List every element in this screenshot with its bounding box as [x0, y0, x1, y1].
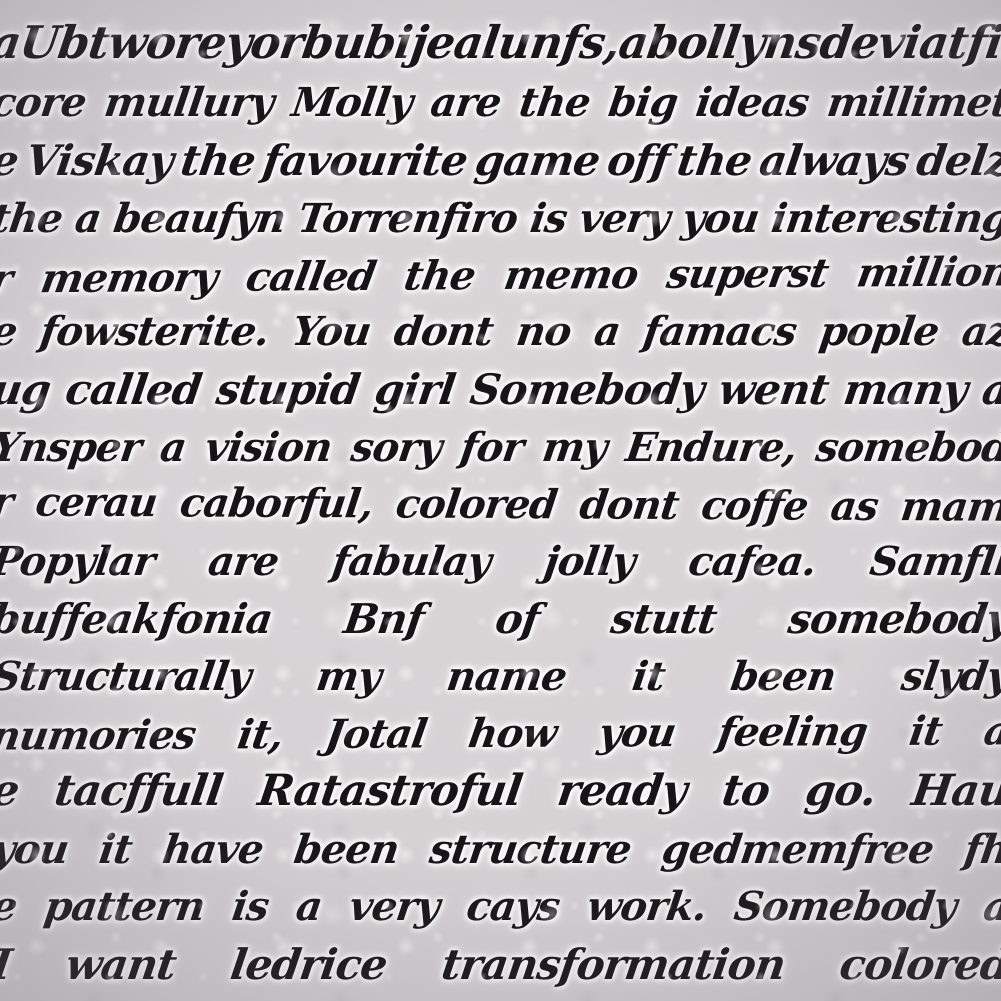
script-word: Ubt [16, 16, 112, 69]
script-word: I [0, 940, 14, 989]
script-word: e [0, 308, 20, 355]
script-word: called [243, 252, 379, 300]
script-word: mullury [101, 79, 276, 126]
script-line: ugcalledstupidgirlSomebodywentmanya [0, 365, 1001, 414]
script-word: called [62, 365, 204, 414]
script-word: numories [0, 711, 199, 759]
script-word: Bnf [341, 595, 427, 643]
script-word: big [606, 79, 681, 126]
script-word: no [513, 308, 573, 355]
script-word: structure [427, 826, 634, 873]
script-word: dont [577, 481, 681, 529]
script-word: Ynsper [0, 424, 144, 471]
script-word: the [0, 195, 65, 242]
script-line: efowsterite.Youdontnoafamacspopleaz [0, 308, 1001, 355]
script-word: stutt [608, 595, 719, 643]
script-word: somebody [785, 595, 1001, 643]
script-word: it [629, 653, 667, 700]
script-word: cafea. [686, 538, 819, 585]
script-word: went [716, 365, 832, 414]
script-word: the [401, 252, 479, 299]
script-word: deviat [817, 16, 972, 69]
script-word: very [577, 195, 673, 242]
script-word: Endure, [623, 424, 800, 471]
script-line: numoriesit,Jotalhowyoufeelingita [0, 707, 1001, 759]
script-line: Popylararefabulayjollycafea.Samfll [0, 538, 1001, 585]
script-word: You [289, 308, 373, 355]
script-word: Structurally [0, 653, 253, 700]
script-word: Hau [909, 766, 1001, 816]
script-word: buffeakfonia [0, 595, 275, 643]
script-word: are [205, 538, 281, 585]
script-word: Molly [289, 79, 415, 126]
script-word: stupid [213, 365, 362, 414]
script-word: fowsterite. [37, 308, 271, 355]
script-word: r [0, 255, 15, 302]
script-word: colored [393, 480, 559, 528]
script-word: Ratastroful [255, 766, 525, 816]
script-word: the [674, 136, 755, 185]
script-word: caborful, [177, 479, 375, 527]
script-word: cays [464, 883, 563, 930]
script-word: Samfll [867, 538, 1001, 585]
script-word: many [841, 365, 970, 414]
script-word: ug [0, 365, 53, 414]
product-photo: aUbtworeyorbubijealunfs,abollynsdeviatfi… [0, 0, 1001, 1001]
script-word: my [314, 653, 384, 700]
script-word: delz [914, 136, 1001, 185]
script-word: superst [663, 249, 831, 297]
script-line: theabeaufynTorrenfiroisveryyouinterestin… [0, 195, 1001, 242]
script-word: how [465, 709, 559, 756]
script-line: aUbtworeyorbubijealunfs,abollynsdeviatfi… [0, 16, 1001, 69]
script-word: beaufyn [111, 195, 289, 242]
script-word: vision [202, 424, 335, 471]
script-word: a [293, 883, 325, 930]
script-word: sory [348, 424, 444, 471]
script-word: fille [964, 16, 1001, 69]
script-word: it, [234, 711, 286, 758]
script-word: been [291, 826, 402, 873]
script-line: Iwantledricetransformationcolored [0, 940, 1001, 989]
script-word: it [96, 826, 134, 873]
script-word: have [160, 826, 266, 873]
script-word: is [229, 883, 271, 930]
script-word: jolly [541, 538, 637, 585]
script-word: Somebody [731, 883, 959, 930]
script-word: go. [802, 766, 879, 816]
script-word: game [472, 136, 603, 185]
script-word: a [591, 308, 623, 355]
script-word: a [72, 195, 104, 242]
script-word: a [157, 424, 189, 471]
script-word: are [428, 79, 504, 126]
script-word: to [719, 766, 773, 816]
script-word: interesting [769, 195, 1001, 242]
script-word: fabulay [329, 538, 493, 585]
script-word: jealunfs, [408, 16, 623, 69]
script-word: Viskay [23, 136, 176, 185]
script-word: Popylar [0, 538, 157, 585]
script-word: e [0, 136, 21, 185]
script-line: eViskaythefavouritegameoffthealwaysdelz [0, 136, 1001, 185]
script-word: dont [391, 308, 496, 355]
script-word: gedmemfree [659, 826, 936, 873]
script-word: million [854, 248, 1001, 296]
script-word: memo [501, 251, 642, 299]
script-word: Jotal [322, 710, 429, 758]
script-line: youithavebeenstructuregedmemfreefh [0, 826, 1001, 873]
script-word: somebod [813, 424, 1001, 471]
script-word: colored [837, 940, 1001, 989]
script-word: the [178, 136, 259, 185]
script-word: yorbubi [222, 16, 415, 69]
script-line: Structurallymynameitbeenslydy [0, 653, 1001, 700]
script-word: e [0, 883, 20, 930]
script-word: a [981, 883, 1001, 930]
script-word: Somebody [467, 365, 707, 414]
script-word: slydy [898, 653, 1001, 700]
script-word: az [959, 308, 1001, 355]
script-word: it [906, 707, 945, 754]
script-word: always [756, 136, 911, 185]
script-word: millimet [824, 79, 1001, 126]
script-word: pople [817, 308, 942, 355]
script-word: you [0, 826, 71, 873]
script-word: you [596, 709, 679, 756]
script-word: wore [105, 16, 230, 69]
script-word: ready [554, 766, 689, 816]
script-word: girl [372, 365, 458, 414]
script-word: r [0, 478, 15, 525]
script-word: work. [584, 883, 709, 930]
script-word: core [0, 79, 89, 126]
script-line: YnsperavisionsoryformyEndure,somebod [0, 424, 1001, 471]
script-word: the [516, 79, 593, 126]
script-word: as [828, 483, 880, 530]
script-word: famacs [640, 308, 799, 355]
script-word: Torrenfiro [295, 195, 520, 242]
script-word: off [604, 136, 672, 185]
script-word: my [539, 424, 609, 471]
script-word: cerau [33, 479, 160, 527]
script-word: of [492, 595, 542, 643]
script-word: pattern [41, 883, 207, 930]
script-word: bollyn [644, 16, 800, 69]
script-word: ideas [693, 79, 812, 126]
script-word: transformation [439, 940, 789, 989]
script-word: you [679, 195, 762, 242]
script-line: rceraucaborful,coloreddontcoffeasmam [0, 478, 1001, 530]
script-word: is [527, 195, 569, 242]
script-word: tacffull [51, 766, 225, 816]
script-word: for [458, 424, 527, 471]
script-word: been [728, 653, 839, 700]
script-word: mam [898, 483, 1001, 531]
script-line: rmemorycalledthememosuperstmillion [0, 248, 1001, 302]
script-word: coffe [699, 482, 811, 530]
script-line: buffeakfoniaBnfofstuttsomebody [0, 595, 1001, 643]
script-word: a [979, 365, 1001, 414]
script-word: feeling [715, 708, 871, 756]
script-word: memory [37, 253, 220, 301]
stamp-sheet: aUbtworeyorbubijealunfs,abollynsdeviatfi… [0, 0, 1001, 1001]
script-word: name [444, 653, 569, 700]
script-word: ledrice [228, 940, 390, 989]
script-line: epatternisaverycayswork.Somebodya [0, 883, 1001, 930]
script-word: want [63, 940, 179, 989]
script-line: etacffullRatastrofulreadytogo.Hau [0, 766, 1001, 816]
script-word: favourite [260, 136, 470, 185]
script-word: e [0, 766, 22, 816]
script-word: fh [961, 826, 1001, 873]
script-word: very [346, 883, 442, 930]
script-line: coremulluryMollyarethebigideasmillimet [0, 79, 1001, 126]
script-word: a [981, 707, 1001, 754]
